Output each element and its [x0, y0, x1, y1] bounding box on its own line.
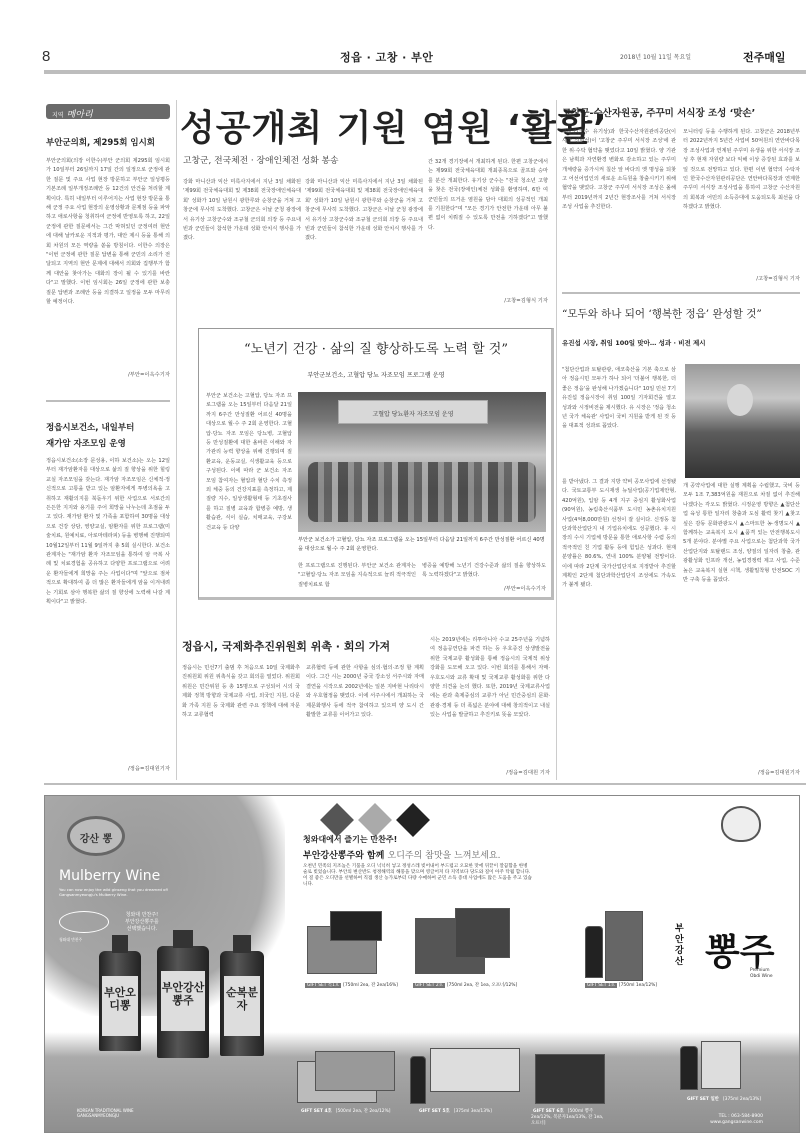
ad-headline-part: 부안강산뽕주와 함께 — [303, 851, 388, 861]
section-title: 정읍 · 고창 · 부안 — [340, 49, 433, 65]
headline-cancer-group: 정읍시보건소, 내일부터 재가암 자조모임 운영 — [46, 420, 134, 452]
article-cancer-body: 정읍시보건소(소장 문성용, 이하 보건소)는 오는 12일부터 재가암환자를 … — [46, 457, 170, 765]
brand-vertical-text: 부안강산 — [675, 924, 685, 968]
boxed-body-col2: 한 프로그램으로 진행된다. 부안군 보건소 관계자는 "고혈압·당뇨 자조 모… — [298, 562, 416, 592]
gift-label-1: GIFT SET 특1호[750ml 2ea, 잔 2ea/16%] — [305, 982, 398, 988]
mayor-body-col1: "첨단산업과 토탈관광, 애코축산을 기본 축으로 삼아 정읍시민 모두가 하나… — [562, 366, 676, 476]
gift-set-6 — [535, 1054, 605, 1104]
boxed-body-col1: 부안군 보건소는 고혈압, 당뇨 자조 프로그램을 오는 15일부터 다음달 2… — [206, 392, 292, 592]
gift-set-5-box — [430, 1048, 520, 1092]
ad-body-copy: 오천년 민족의 지조높은 기품을 오디 넉넉히 넣고 정성스레 빚어내어 부드럽… — [303, 864, 533, 888]
byline-mayor: /정읍=김대원기자 — [683, 768, 800, 776]
ad-contact[interactable]: TEL : 063-584-8900 www.gangsanwine.com — [673, 1114, 763, 1126]
intl-body-col3: 시는 2019년에는 리투아니아 수교 25주년을 기념하여 정읍공연단을 파견… — [430, 636, 550, 770]
intl-body-col1: 정읍시는 민선7기 출범 후 처음으로 10일 국제화추진위원회 위원 위촉식을… — [182, 664, 300, 776]
mascot-icon — [721, 806, 761, 842]
main-headline: 성공개최 기원 염원 ‘활활’ — [180, 100, 608, 151]
subheadline-boxed: 부안군보건소, 고혈압 당뇨 자조모임 프로그램 운영 — [206, 370, 546, 379]
headline-jukkumi: 고창군-수산자원공, 주꾸미 서식장 조성 ‘맞손’ — [562, 105, 755, 119]
issue-date: 2018년 10월 11일 목요일 — [620, 52, 691, 61]
main-body-col2: 간 32개 경기장에서 개최하게 된다. 한편 고창군에서는 제99회 전국체육… — [428, 158, 548, 308]
gift-tag: GIFT SET 4호 — [299, 1109, 334, 1114]
gift-tag: GIFT SET 일반 — [685, 1097, 721, 1102]
column-rule — [176, 100, 177, 780]
ad-copy-line: 부안강산뽕주를 — [125, 919, 159, 926]
gift-spec: [750ml 2ea, 잔 1ea, 오프너/12%] — [447, 983, 517, 988]
photo-banner: 고혈압 당뇨환자 자조모임 운영 — [338, 400, 488, 424]
gift-set-regular-bottle — [680, 1046, 698, 1090]
producer-name: GANGSANMYEONGJU — [77, 1113, 134, 1118]
ad-copy-line: 청와대 만찬주! — [125, 912, 159, 919]
bottle-1: 부안오디뽕 — [99, 951, 141, 1051]
brand-english: Premium Obdi Wine — [750, 968, 773, 979]
mulberry-diamond-icon — [320, 803, 354, 837]
bottle-3: 순복분자 — [220, 951, 264, 1056]
bottle-label: 부안오디뽕 — [102, 976, 137, 1036]
gift-tag: GIFT SET 1호 — [585, 983, 617, 988]
headline-line: 재가암 자조모임 운영 — [46, 436, 134, 452]
gift-label-2: GIFT SET 2호[750ml 2ea, 잔 1ea, 오프너/12%] — [413, 982, 517, 988]
emblem-caption: 청와대 만찬주 — [59, 937, 82, 943]
column-tag-title: 메아리 — [67, 110, 93, 120]
bottle-2: 부안강산 뽕주 — [157, 946, 209, 1058]
ad-english-copy: You can now enjoy the wild ginseng that … — [59, 887, 259, 897]
gift-label-4: GIFT SET 4호[500ml 2ea, 잔 2ea/12%] — [299, 1108, 391, 1114]
fruit-diamond-icon — [358, 803, 392, 837]
gift-spec: [750ml 1ea/12%] — [619, 983, 657, 988]
main-body-col1b: 강화 마니산과 익산 미륵사지에서 지난 3일 채화된 '제99회 전국체육대회… — [305, 178, 423, 313]
boxed-body-col3: 병증을 예방해 노년기 건강수준과 삶의 질을 향상하도록 노력하겠다"고 밝혔… — [422, 562, 546, 584]
article-council-body: 부안군의회(의장 이한수)부안 군의회 제295회 임시회가 10일부터 26일… — [46, 157, 170, 367]
ad-headline-2: 부안강산뽕주와 함께 오디주의 참맛을 느껴보세요. — [303, 848, 500, 861]
gift-tag: GIFT SET 6호 — [531, 1109, 566, 1114]
gift-set-regular-box — [701, 1041, 741, 1089]
gift-spec: [750ml 2ea, 잔 2ea/16%] — [343, 983, 398, 988]
gift-spec: [500ml 2ea, 잔 2ea/12%] — [336, 1109, 391, 1114]
blue-house-emblem-icon — [59, 911, 109, 933]
byline-jukkumi: /고창=김형식 기자 — [683, 274, 800, 282]
ad-headline-part: 오디주의 참맛을 느껴보세요. — [388, 851, 501, 861]
bottle-label: 순복분자 — [224, 976, 261, 1036]
jukkumi-body-col2: 모니터링 등을 수행하게 된다. 고창군은 2018년부터 2022년까지 5년… — [683, 128, 800, 273]
divider — [562, 292, 800, 294]
gift-tag: GIFT SET 특1호 — [305, 983, 341, 988]
page-number: 8 — [42, 48, 50, 65]
ad-website-link[interactable]: www.gangsanwine.com — [673, 1120, 763, 1126]
gift-set-diamond-icon — [396, 803, 430, 837]
bottle-label: 부안강산 뽕주 — [161, 971, 205, 1031]
group-photo: 고혈압 당뇨환자 자조모임 운영 — [298, 392, 546, 532]
column-tag: 지역메아리 — [46, 104, 170, 119]
brand-eng-line: Premium — [750, 968, 773, 974]
brand-eng-line: Obdi Wine — [750, 974, 773, 980]
mayor-photo — [685, 364, 800, 478]
gift-spec: [375ml 2ea/13%] — [723, 1097, 761, 1102]
gift-tag: GIFT SET 5호 — [417, 1109, 452, 1114]
gift-label-6: GIFT SET 6호[500ml 뽕주2ea/12%, 복분자1ea/13%,… — [531, 1108, 606, 1126]
ad-producer: KOREAN TRADITIONAL WINE GANGSANMYEONGJU — [77, 1108, 134, 1118]
photo-people — [308, 462, 536, 522]
ad-left-copy: 청와대 만찬주! 부안강산뽕주를 선택했습니다. — [125, 912, 159, 933]
ad-english-line: Gangsanmyeongju's Mulberry Wine. — [59, 892, 259, 897]
ad-divider — [44, 783, 806, 785]
headline-council: 부안군의회, 제295회 임시회 — [46, 136, 155, 148]
byline-council: /부안=이옥수기자 — [46, 370, 170, 378]
newspaper-brand: 전주매일 — [743, 49, 786, 65]
ad-copy-line: 선택했습니다. — [125, 926, 159, 933]
gift-set-4-back — [315, 1051, 395, 1091]
subheadline-mayor: 유진섭 시장, 취임 100일 맞아… 성과 · 비전 제시 — [562, 338, 706, 347]
gift-set-2-back — [455, 908, 510, 958]
byline-cancer: /정읍=김대원기자 — [46, 764, 170, 772]
gift-label-3: GIFT SET 1호[750ml 1ea/12%] — [585, 982, 657, 988]
gift-label-5: GIFT SET 5호[375ml 3ea/13%] — [417, 1108, 492, 1114]
headline-boxed: “노년기 건강 · 삶의 질 향상하도록 노력 할 것” — [206, 338, 546, 357]
gift-spec: [375ml 3ea/13%] — [454, 1109, 492, 1114]
main-body-col1: 강화 마니산과 익산 미륵사지에서 지난 3일 채화된 '제99회 전국체육대회… — [183, 178, 301, 313]
main-subheadline: 고창군, 전국체전 · 장애인체전 성화 봉송 — [183, 153, 339, 166]
mayor-body-col4: 개 공약사업에 대한 실행 계획을 수립했고, 국비 등 모두 1조 7,383… — [683, 482, 800, 762]
jukkumi-body-col1: 고창군(군수 유기상)과 한국수산자원관리공단(이사장 신현석)이 '고창군 주… — [562, 128, 676, 293]
gift-set-1-box — [605, 911, 643, 981]
intl-body-col2: 교류협력 등에 관한 사항을 심의·협의·조정 할 계획이다. 그간 시는 20… — [306, 664, 424, 776]
ad-title: Mulberry Wine — [59, 868, 160, 884]
gift-set-1-bottle — [585, 926, 603, 978]
gift-label-7: GIFT SET 일반[375ml 2ea/13%] — [685, 1096, 761, 1102]
column-rule — [556, 100, 557, 780]
headline-happy-jeongeup: “모두와 하나 되어 ‘행복한 정읍’ 완성할 것” — [562, 306, 762, 321]
gift-tag: GIFT SET 2호 — [413, 983, 445, 988]
ad-headline-1: 청와대에서 즐기는 만찬주! — [303, 834, 397, 845]
header-rule — [44, 70, 806, 74]
byline-intl: /정읍=김대원 기자 — [430, 768, 550, 776]
headline-line: 정읍시보건소, 내일부터 — [46, 420, 134, 436]
byline-boxed: /부안=이옥수기자 — [422, 584, 546, 592]
gift-set-5-bottle — [410, 1056, 426, 1104]
gift-set-box-back — [330, 911, 382, 941]
column-tag-small: 지역 — [52, 112, 64, 119]
byline-main: /고창=김형식 기자 — [428, 296, 548, 304]
ad-logo: 강산 뽕 — [67, 816, 125, 856]
photo-caption: 부안군 보건소가 고혈압, 당뇨 자조 프로그램을 오는 15일부터 다음달 2… — [298, 536, 546, 554]
divider — [46, 400, 170, 402]
mayor-body-col3: 를 받아냈다. 그 결과 지방 약비 공모사업에 선정됐다. 국토교통부 도시재… — [562, 478, 676, 778]
advertisement[interactable]: 강산 뽕 Mulberry Wine You can now enjoy the… — [44, 795, 800, 1133]
headline-intl-committee: 정읍시, 국제화추진위원회 위촉 · 회의 가져 — [182, 638, 390, 654]
